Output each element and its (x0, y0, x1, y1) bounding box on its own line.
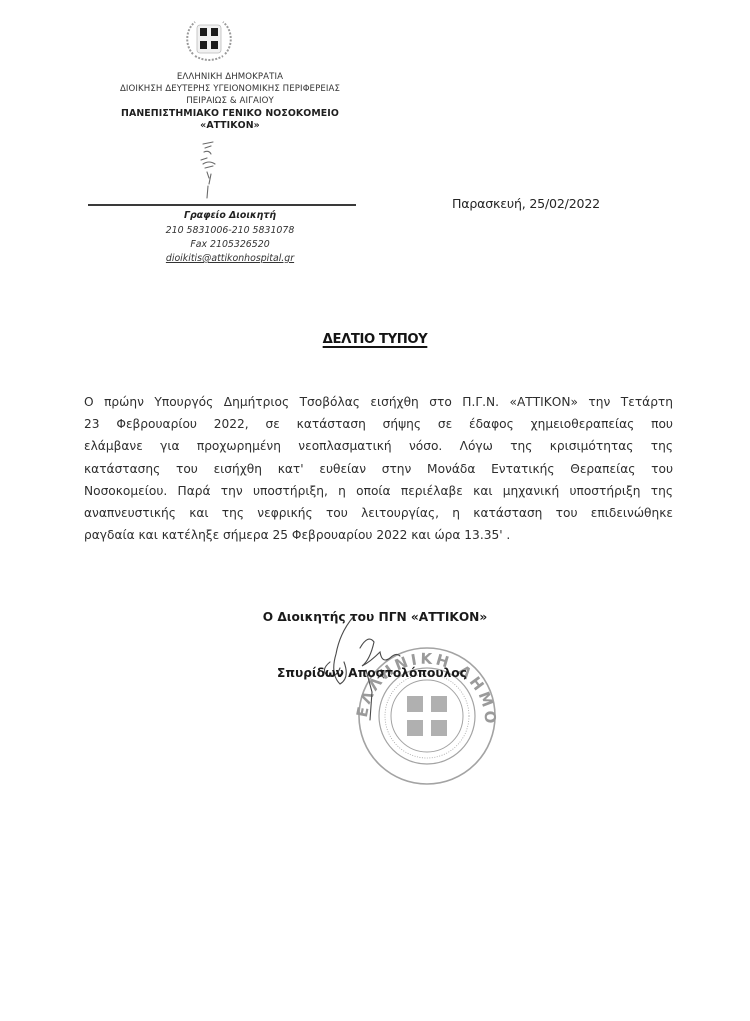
body-line: Ο πρώην Υπουργός Δημήτριος Τσοβόλας εισή… (84, 391, 673, 413)
handwritten-initials-icon (195, 138, 225, 202)
greek-coat-of-arms-icon (183, 16, 235, 64)
office-name: Γραφείο Διοικητή (80, 210, 380, 223)
body-line: 23 Φεβρουαρίου 2022, σε κατάσταση σήψης … (84, 413, 673, 435)
body-line: ραγδαία και κατέληξε σήμερα 25 Φεβρουαρί… (84, 524, 673, 546)
header-line-hospital-name: «ΑΤΤΙΚΟΝ» (80, 120, 380, 132)
signatory-name: Σπυρίδων Αποστολόπουλος (277, 666, 467, 680)
office-phones: 210 5831006-210 5831078 (80, 225, 380, 238)
header-line-region-name: ΠΕΙΡΑΙΩΣ & ΑΙΓΑΙΟΥ (80, 96, 380, 108)
body-line: αναπνευστικής και της νεφρικής του λειτο… (84, 502, 673, 524)
document-date: Παρασκευή, 25/02/2022 (452, 196, 600, 211)
office-fax: Fax 2105326520 (80, 239, 380, 252)
body-line: κατάστασης του εισήχθη κατ' ευθείαν στην… (84, 458, 673, 480)
body-line: ελάμβανε για προχωρημένη νεοπλασματική ν… (84, 435, 673, 457)
header-separator (88, 204, 356, 206)
header-line-hospital: ΠΑΝΕΠΙΣΤΗΜΙΑΚΟ ΓΕΝΙΚΟ ΝΟΣΟΚΟΜΕΙΟ (80, 108, 380, 120)
header-line-republic: ΕΛΛΗΝΙΚΗ ΔΗΜΟΚΡΑΤΙΑ (80, 72, 380, 84)
press-release-body: Ο πρώην Υπουργός Δημήτριος Τσοβόλας εισή… (84, 391, 673, 546)
office-email-link[interactable]: dioikitis@attikonhospital.gr (80, 253, 380, 266)
header-line-health-region: ΔΙΟΙΚΗΣΗ ΔΕΥΤΕΡΗΣ ΥΓΕΙΟΝΟΜΙΚΗΣ ΠΕΡΙΦΕΡΕΙ… (80, 84, 380, 96)
page-title: ΔΕΛΤΙΟ ΤΥΠΟΥ (0, 332, 750, 347)
body-line: Νοσοκομείου. Παρά την υποστήριξη, η οποί… (84, 480, 673, 502)
signatory-title: Ο Διοικητής του ΠΓΝ «ΑΤΤΙΚΟΝ» (0, 610, 750, 624)
